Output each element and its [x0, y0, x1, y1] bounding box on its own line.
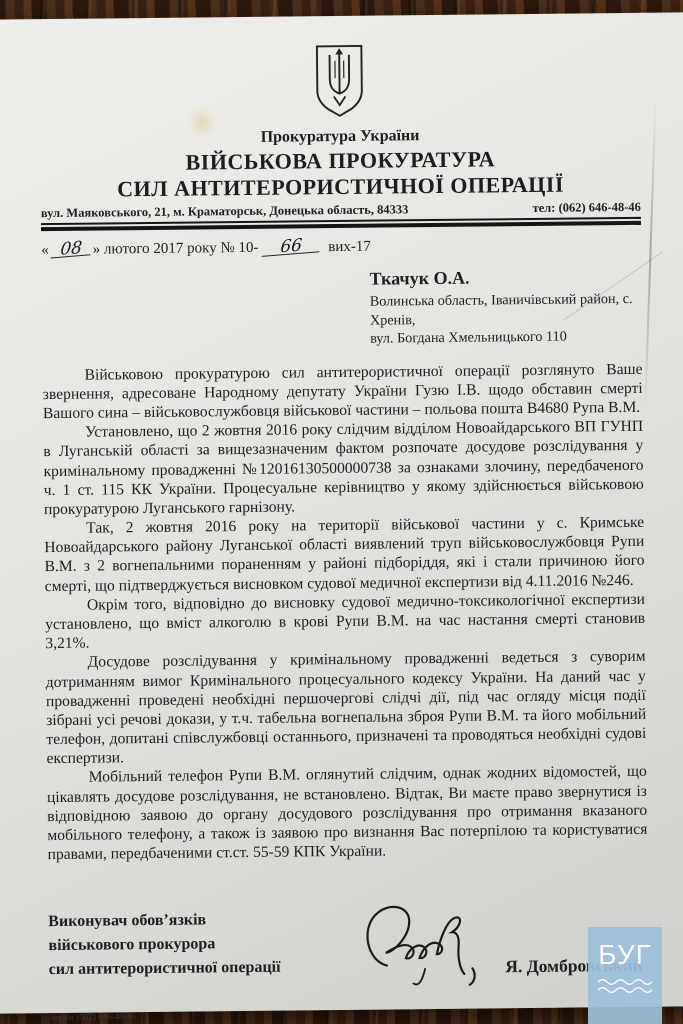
quote-open: « — [41, 242, 49, 258]
addressee-block: Ткачук О.А. Волинська область, Іваничівс… — [369, 265, 642, 349]
letter-body: Військовою прокуратурою сил антитерорист… — [42, 360, 647, 865]
photo-of-letter: { "letterhead": { "org_parent": "Прокура… — [0, 0, 683, 1024]
addressee-address-line2: вул. Богдана Хмельницького 110 — [370, 327, 642, 348]
reference-line: «08» лютого 2017 року № 10-66 вих-17 — [41, 236, 641, 259]
coat-of-arms-emblem — [39, 39, 640, 128]
ukraine-trident-icon — [310, 42, 369, 121]
signer-title-line1: Виконувач обов’язків — [48, 908, 280, 934]
handwritten-signature — [353, 896, 504, 998]
body-paragraph-5: Досудове розслідування у кримінальному п… — [45, 647, 646, 768]
letter-paper: Прокуратура України ВІЙСЬКОВА ПРОКУРАТУР… — [0, 12, 683, 1013]
reference-number-suffix: вих-17 — [328, 239, 371, 255]
addressee-name: Ткачук О.А. — [369, 265, 641, 291]
body-paragraph-2: Установлено, що 2 жовтня 2016 року слідч… — [43, 417, 644, 519]
handwritten-day: 08 — [50, 240, 91, 258]
footer-contact: Зархін (062) 646-48-46 — [49, 1006, 649, 1022]
body-paragraph-3: Так, 2 жовтня 2016 року на території вій… — [44, 513, 645, 596]
reference-number-prefix: № 10- — [220, 240, 258, 256]
watermark-text: БУГ — [598, 941, 652, 969]
body-paragraph-1: Військовою прокуратурою сил антитерорист… — [42, 360, 643, 424]
paper-stain — [187, 105, 217, 139]
waves-icon — [596, 977, 654, 997]
addressee-address-line1: Волинська область, Іваничівський район, … — [370, 290, 642, 330]
org-name-line2: СИЛ АНТИТЕРОРИСТИЧНОЇ ОПЕРАЦІЇ — [40, 171, 640, 203]
reference-date-text: лютого 2017 року — [104, 240, 217, 257]
body-paragraph-6: Мобільний телефон Рупи В.М. оглянутий сл… — [47, 762, 648, 864]
signer-title-line3: сил антитерористичної операції — [49, 956, 281, 982]
quote-close: » — [93, 241, 101, 257]
signer-title: Виконувач обов’язків військового прокуро… — [48, 908, 281, 982]
letterhead-address: вул. Маяковського, 21, м. Краматорськ, Д… — [41, 202, 409, 221]
body-paragraph-4: Окрім того, відповідно до висновку судов… — [45, 590, 646, 654]
signer-title-line2: військового прокурора — [48, 932, 280, 958]
signature-block: Виконувач обов’язків військового прокуро… — [48, 894, 649, 982]
letterhead-phone: тел: (062) 646-48-46 — [532, 200, 640, 216]
bug-site-watermark: БУГ — [588, 927, 662, 1024]
handwritten-outgoing-number: 66 — [262, 237, 321, 257]
